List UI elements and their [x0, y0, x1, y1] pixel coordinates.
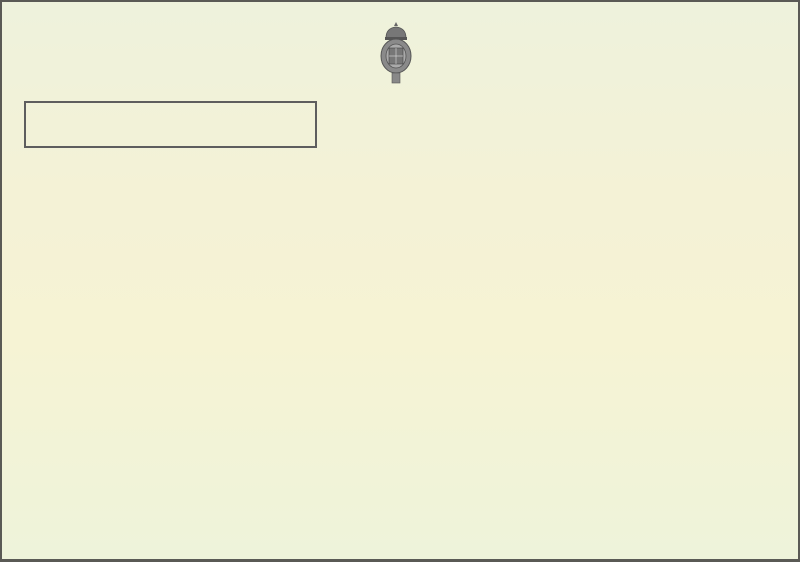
district-table [24, 101, 317, 148]
death-certificate [2, 2, 798, 559]
royal-crest-icon [377, 20, 415, 90]
